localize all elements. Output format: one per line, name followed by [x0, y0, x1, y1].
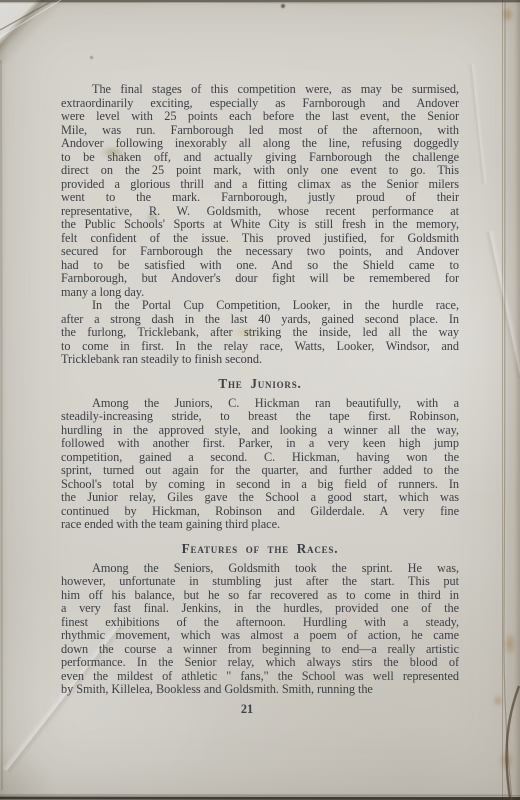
- paragraph-line: by Smith, Killelea, Bookless and Goldsmi…: [61, 683, 459, 697]
- paragraph: Among the Seniors, Goldsmith took the sp…: [61, 562, 459, 697]
- paragraph-line: followed with another first. Parker, in …: [61, 437, 459, 451]
- paragraph-line: Mile, was run. Farnborough led most of t…: [61, 124, 459, 138]
- paragraph-line: race ended with the team gaining third p…: [61, 518, 459, 532]
- paragraph-line: rhythmic movement, which was almost a po…: [61, 629, 459, 643]
- paragraph-line: a very fast final. Jenkins, in the hurdl…: [61, 602, 459, 616]
- paragraph: Among the Juniors, C. Hickman ran beauti…: [61, 397, 459, 532]
- page-edge-right: [502, 0, 520, 800]
- shadow-corner-bottom-left: [0, 710, 90, 800]
- age-spot: [493, 694, 503, 707]
- paragraph-line: finest exhibitions of the afternoon. Hur…: [61, 616, 459, 630]
- paragraph-line: felt confident of the issue. This proved…: [61, 232, 459, 246]
- age-spot: [504, 632, 516, 656]
- scanned-page: The final stages of this competition wer…: [0, 0, 520, 800]
- paragraph-line: him off his balance, but he so far recov…: [61, 589, 459, 603]
- paragraph-line: the Public Schools' Sports at White City…: [61, 218, 459, 232]
- paragraph-line: Tricklebank ran steadily to finish secon…: [61, 353, 459, 367]
- paragraph-line: In the Portal Cup Competition, Looker, i…: [61, 299, 459, 313]
- section-heading: Features of the Races.: [61, 542, 459, 556]
- paragraph-line: competition, gained a second. C. Hickman…: [61, 451, 459, 465]
- age-spot: [501, 6, 514, 23]
- paragraph-line: however, unfortunate in stumbling just a…: [61, 575, 459, 589]
- paragraph-line: down the course a winner from beginning …: [61, 643, 459, 657]
- ink-fleck: [281, 4, 285, 8]
- paragraph-line: many a long day.: [61, 286, 459, 300]
- page-number: 21: [48, 702, 446, 717]
- paragraph: In the Portal Cup Competition, Looker, i…: [61, 299, 459, 367]
- paragraph-line: the furlong, Tricklebank, after striking…: [61, 326, 459, 340]
- text-block: The final stages of this competition wer…: [61, 83, 459, 697]
- paragraph-line: had to be satisfied with one. And so the…: [61, 259, 459, 273]
- paragraph-line: direct on the 25 point mark, with only o…: [61, 164, 459, 178]
- paragraph-line: to be shaken off, and actually giving Fa…: [61, 151, 459, 165]
- paragraph-line: School's total by coming in second in a …: [61, 478, 459, 492]
- paragraph-line: performance. In the Senior relay, which …: [61, 656, 459, 670]
- ink-fleck: [90, 56, 93, 59]
- paragraph-line: sprint, turned out again for the quarter…: [61, 464, 459, 478]
- paragraph-line: Farnborough, but Andover's dour fight wi…: [61, 272, 459, 286]
- paragraph-line: Among the Seniors, Goldsmith took the sp…: [61, 562, 459, 576]
- paragraph-line: The final stages of this competition wer…: [61, 83, 459, 97]
- paragraph-line: even the mildest of athletic " fans," th…: [61, 670, 459, 684]
- paragraph-line: hurdling in the approved style, and look…: [61, 424, 459, 438]
- paragraph-line: went to the mark. Farnborough, justly pr…: [61, 191, 459, 205]
- age-spot: [499, 750, 514, 771]
- paragraph-line: extraordinarily exciting, especially as …: [61, 97, 459, 111]
- section-heading: The Juniors.: [61, 377, 459, 391]
- paragraph-line: to come in first. In the relay race, Wat…: [61, 340, 459, 354]
- paragraph-line: Among the Juniors, C. Hickman ran beauti…: [61, 397, 459, 411]
- paragraph: The final stages of this competition wer…: [61, 83, 459, 299]
- folded-corner-top-left: [0, 0, 78, 64]
- paragraph-line: after a strong dash in the last 40 yards…: [61, 313, 459, 327]
- paragraph-line: were level with 25 points each before th…: [61, 110, 459, 124]
- paragraph-line: Andover following inexorably all along t…: [61, 137, 459, 151]
- paragraph-line: secured for Farnborough the necessary tw…: [61, 245, 459, 259]
- paragraph-line: steadily-increasing stride, to breast th…: [61, 410, 459, 424]
- paragraph-line: representative, R. W. Goldsmith, whose r…: [61, 205, 459, 219]
- paragraph-line: provided a glorious thrill and a fitting…: [61, 178, 459, 192]
- paragraph-line: the Junior relay, Giles gave the School …: [61, 491, 459, 505]
- paper-crease: [485, 231, 520, 380]
- paragraph-line: continued by Hickman, Robinson and Gilde…: [61, 505, 459, 519]
- paper-crease: [468, 64, 488, 184]
